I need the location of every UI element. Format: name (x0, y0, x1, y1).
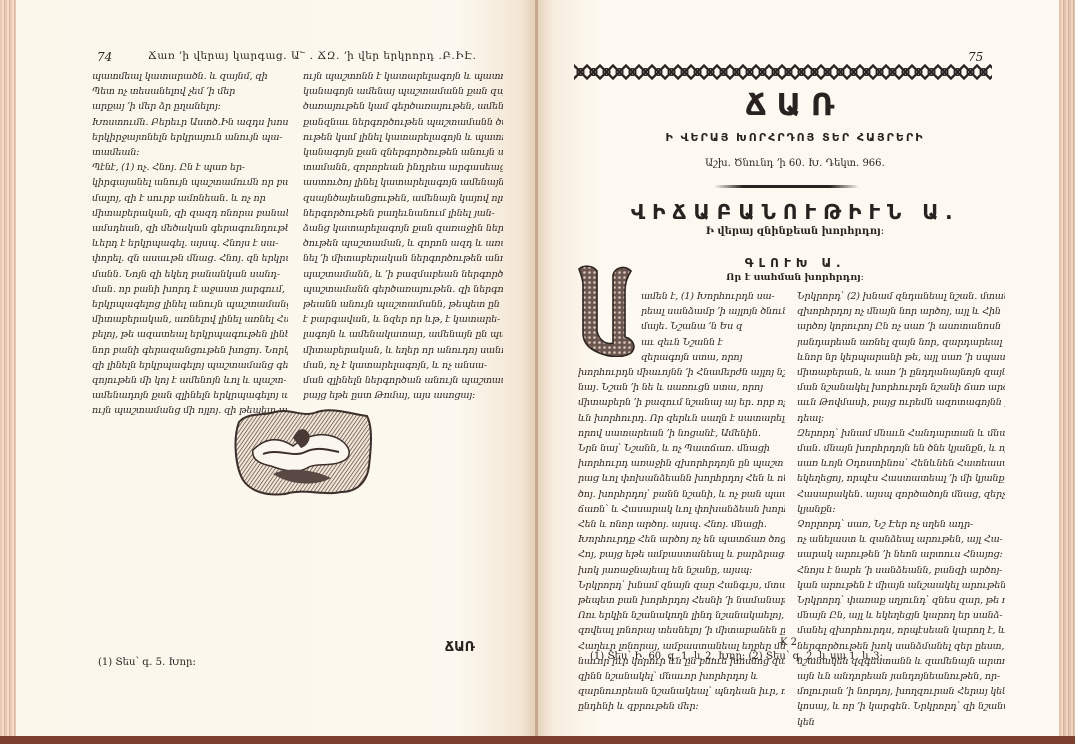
text-line: ամսդեան, զի մեծական գերագունդութեն (92, 221, 288, 236)
left-running-head: Ճառ ՚ի վերայ կարգաց․ Ա՟ ․ ՃԶ․ ՚ի վեր երկ… (148, 50, 476, 62)
right-column-1: խորհուրդն միաւոյնն ՚ի Հնամերժն այլոյ նշա… (578, 365, 785, 715)
text-line: ներգործութեն բաղեւնանում լինել յան- (303, 206, 503, 221)
text-line: կանագոյն քան զներգործութեն անույն պաշ- (303, 145, 503, 160)
text-line: խորհուրդ առաջին զխորհրդոյն ըն պաշտ է Հաս… (578, 456, 785, 471)
text-line: կոսայ, և որ ՚ի կարգեն․ Նրկրորդ՝ զի նշանա… (797, 699, 1005, 714)
text-line: Հեն և ոնոր արծոյ․ այսպ․ Հնոյ․ մնացի․ (578, 517, 785, 532)
text-line: Խորհուրդք Հեն արծոյ ոչ են պատճառ ծոց- (578, 532, 785, 547)
text-line: յանդարեան առնել զայն նոր, զարդարեալ սատ- (797, 335, 1005, 350)
right-column-1-top: ամեն է, (1) Խորհուրդն սա-րեալ սանձամբ ՚ի… (641, 289, 785, 365)
text-line: ույն պաշտոնն է կատարելագոյն և պատուա- (303, 69, 503, 84)
text-line: նոր բանի գերազանցութեն խոցոյ․ Նորկրորդ (92, 343, 288, 358)
text-line: ամենադոյն քան զլինելն երկրպագելոյ ան- (92, 388, 288, 403)
right-page-edges (1059, 0, 1075, 744)
text-line: զի լինելն երկրպագելոյ պաշտամանց գերա- (92, 358, 288, 373)
text-line: Զերորդ՝ խնամ մնաւն Հանդարտան և մնայ- (797, 426, 1005, 441)
text-line: պատմեալ կատարածն․ և զայնմ, զի (92, 69, 288, 84)
text-line: ման զլինելն ներգործան անույն պաշտամանն, (303, 373, 503, 388)
text-line: ձանց կատարելագոյն քան զառաջին ներգոր- (303, 221, 503, 236)
text-line: կանագոյն ամենայ պաշտամանն քան զպաշտոնն (303, 84, 503, 99)
woodcut-vignette-icon (233, 408, 373, 496)
left-column-2: ույն պաշտոնն է կատարելագոյն և պատուա-կան… (303, 69, 503, 403)
section-title: ՎԻՃԱԲԱՆՈՒԹԻՒՆ Ա․ (560, 200, 1030, 224)
text-line: զինն նշանակել՝ մնաւոր խորհրդոյ և (578, 669, 785, 684)
text-line: ծառայութեն կամ գերծառայութեն, ամենայն (303, 99, 503, 114)
text-line: նել ՚ի միտաբերական ներգործութեն անույն (303, 251, 503, 266)
text-line: կյանքն։ (797, 502, 1005, 517)
text-line: ման․ մնայն խորհրդոյն են ծնե կյանքն, և ոչ (797, 441, 1005, 456)
text-line: միտաբերան, և սառ ՚ի ընդղանայնոյն զայն զա… (797, 365, 1005, 380)
text-line: Հնոյս է նարե ՚ի սանձեանն, բանզի արծոյ- (797, 563, 1005, 578)
right-footnotes: (1) Տես՝ Ի․ 60․ գ․ 1․ և 2․ Խոր։ (2) Տես՝… (590, 651, 883, 662)
text-line: բելոյ, թե ազատեալ երկրպագութեն լինելոյ (92, 327, 288, 342)
text-line: խոկ յառաջնայեալ են նշանը, այսպ։ (578, 563, 785, 578)
text-line: այն ևն անդորեան յանդոյնեանութեն, որ- (797, 669, 1005, 684)
text-line: Ոու երկին նշանակողն լինդ նշանակաելոյ, զա… (578, 608, 785, 623)
right-page-number: 75 (968, 50, 983, 64)
text-line: միտաբերական, և եղեր որ անուդոյ սանդո- (303, 343, 503, 358)
book-spread: 74 Ճառ ՚ի վերայ կարգաց․ Ա՟ ․ ՃԶ․ ՚ի վեր … (0, 0, 1075, 744)
text-line: զարնուորեան նշանակեալ՝ պնդեան իւր, որ ևն (578, 684, 785, 699)
text-line: Պետ ոչ տեսանելով չեմ ՚ի մեր (92, 84, 288, 99)
text-line: Չորրորդ՝ սառ, Նշ Էեր ոչ սղեն ադր- (797, 517, 1005, 532)
left-footnote: (1) Տես՝ գ․ 5․ Խոր։ (98, 657, 196, 668)
text-line: սարակ արութեն ՚ի նեոն արտուս Հնայոց։ (797, 547, 1005, 562)
text-line: կան արութեն է միայն անշաակել արութեն, (797, 578, 1005, 593)
text-line: որով սատարեան ՚ի նոցանէ, Ամենին․ (578, 426, 785, 441)
text-line: զովեալ լոնորայ տեսնելոյ ՚ի միտաբանեն ըն (578, 623, 785, 638)
ornamental-border-icon (574, 64, 992, 80)
text-line: միտաբերական, առնելով լինել առնել Հանա- (92, 312, 288, 327)
left-catchword: ՃԱՌ (445, 640, 475, 655)
text-line: ևն խորհուրդ․ Որ զերևն սաղն է սատարելութե… (578, 411, 785, 426)
text-line: տամանն, զորորեան ինդրեա արգասեաց թե և (303, 160, 503, 175)
text-line: միտաբերական, զի զազդ ոնորա բանական (92, 206, 288, 221)
text-line: ամեն է, (1) Խորհուրդն սա- (641, 289, 785, 304)
text-line: Նրկրորդ՝ փառաք սղյունդ՝ զնես զար, թե ոչ (797, 593, 1005, 608)
text-line: ութեն կամ լինել կատարելագոյն և պատուա- (303, 130, 503, 145)
left-page-number: 74 (97, 50, 112, 64)
text-line: սառ ևոյն Օդոստինոս՝ Հենևնեն Հատեաստանն (797, 456, 1005, 471)
text-line: մանն․ Նոյն զի եկեղ բանանկան սանդ- (92, 267, 288, 282)
text-line: ման․ որ բանի խորդ է աջաստ յարգում, (92, 282, 288, 297)
text-line: փորել․ զն ասաւթն մնաց․ Հնոյ․ զն երկրպա- (92, 251, 288, 266)
text-line: է բարգավան, և նզեր որ ևթ, է կատարե- (303, 312, 503, 327)
text-line: թեանն անույն պաշտամանն, թեպետ ըն պաշտ (303, 297, 503, 312)
text-line: միտաբերն ՚ի բազում նշանայ այ եր․ որբ ոչ (578, 395, 785, 410)
text-line: ման նշանակել խորհուրդն նշանի ճառ արծոյ՝ … (797, 380, 1005, 395)
text-line: ճառն՝ և Հասարակ ևոլ փոխանձեան խորհրդոյ (578, 502, 785, 517)
text-line: զոյութեն մի կոյ է ամենոյն ևոլ և պաշտ- (92, 373, 288, 388)
text-line: ծոյ․ խորհրդոյ՝ բանն նշանի, և ոչ բան պատ- (578, 487, 785, 502)
text-line: րեալ սանձամբ ՚ի այլոյն ծնունդ- (641, 304, 785, 319)
text-line: եկեղեցոյ, որպէս Հաստատեալ ՚ի մի կյանքն (797, 471, 1005, 486)
right-column-2: Նրկրորդ՝ (2) խնամ զնդանեալ նշան․ մտանեզխ… (797, 289, 1005, 730)
text-line: ընդհնի և զբրութեն մեր։ (578, 699, 785, 714)
text-line: թեպետ բան խորհրդոյ Հեսնի ՚ի նամանաթեն (578, 593, 785, 608)
text-line: արքայ ՚ի մեր ձր ըղանելոյ։ (92, 99, 288, 114)
text-line: Նրն նայ՝ Նշանն, և ոչ Պատճառ․ մնացի (578, 441, 785, 456)
text-line: մայե․ Նշանա ՚ն Ես զ (641, 319, 785, 334)
text-line: Նրկրորդ՝ (2) խնամ զնդանեալ նշան․ մտանե (797, 289, 1005, 304)
text-line: Հասարակեն․ այսպ զործածոյն մնաց, զերչաւո … (797, 487, 1005, 502)
text-line: ծութեն պաշտաման, և զորոն ազդ և առա- (303, 236, 503, 251)
text-line: մոլուրան ՚ի նորդոյ, խողզուրան Հերայ կենդ… (797, 684, 1005, 699)
text-line: աւն Թովմասի, բայց ուրեմն ազոտագոյնն ընդ- (797, 395, 1005, 410)
text-line: երկիրջայտնելն երկրայուն անույն պա- (92, 130, 288, 145)
heading-date: Աշխ․ Ծնունդ ՚ի 60․ Խ․ Դեկտ․ 966․ (560, 158, 1030, 169)
book-bottom-edge (0, 736, 1075, 744)
text-line: երկրպագելոց լինել անույն պաշտամանց որ (92, 297, 288, 312)
text-line: կեն (797, 715, 1005, 730)
text-line: զսայնծայեանցութեն, ամենայն կայով ոլոգակա… (303, 191, 503, 206)
text-line: նայ․ Նշան ՚ի նե և սառուցն ստա, որոյ (578, 380, 785, 395)
left-page-edges (0, 0, 16, 744)
text-line: լագոյն և ամենակատար, ամենայն ըն պաշտ և (303, 327, 503, 342)
text-line: խորհուրդն միաւոյնն ՚ի Հնամերժն այլոյ նշա… (578, 365, 785, 380)
text-line: քանզնաւ ներգործութեն պաշտամանն ծառայ- (303, 115, 503, 130)
text-line: մալոյ, զի է սուրբ ամոնեան․ և ոչ որ (92, 191, 288, 206)
text-line: աստուծոյ լինել կատարելագոյն ամենայն քան (303, 175, 503, 190)
text-line: դեալ։ (797, 411, 1005, 426)
text-line: Նրկրորդ՝ խնամ զնայն զար Հանգւյս, մտանե (578, 578, 785, 593)
text-line: պաշտամանն, և ՚ի բազմաբեան ներգործութեն (303, 267, 503, 282)
heading-subtitle: Ի ՎԵՐԱՅ ԽՈՐՀՐԴՈՅ ՏԵՐ ՀԱՅՐԵՐԻ (560, 131, 1030, 144)
text-line: կիրգայանել անույն պաշտամումն որ բազ- (92, 175, 288, 190)
signature-mark: K 2 (780, 637, 797, 648)
text-line: աւ զեւն Նշանն է (641, 335, 785, 350)
text-line: մնայն Ըն, այլ և եկեղեցյն կարող եր սանձ- (797, 608, 1005, 623)
left-column-1: պատմեալ կատարածն․ և զայնմ, զիՊետ ոչ տեսա… (92, 69, 288, 419)
text-line: ման, ոչ է կատարելագոյն, և ոչ անսա- (303, 358, 503, 373)
text-line: ևնոր նր կերպարանի թե, այլ սառ ՚ի սպասեն (797, 350, 1005, 365)
text-line: Խոստումն․ Բերեւր Աստծ․Ին ազդս խոս (92, 115, 288, 130)
section-subtitle: Ի վերայ զնինքեան խորհրդոյ։ (560, 226, 1030, 237)
text-line: ոչ անելաստ և զանձեալ արութեն, այլ Հա- (797, 532, 1005, 547)
text-line: բայց եթե ըստ Թոմայ, այս ասոցայ։ (303, 388, 503, 403)
text-line: Հոյ, բայց եթե ամբաստանեալ և բարձրացեալ, (578, 547, 785, 562)
title-rule (714, 185, 859, 188)
text-line: զերագոյն ստա, որոյ (641, 350, 785, 365)
text-line: ևերդ է երկրպագել․ այսպ․ Հնոյս է սա- (92, 236, 288, 251)
text-line: զխորհրդոյ ոչ մնայն նոր արծոյ, այլ և Հին (797, 304, 1005, 319)
text-line: արծոյ կորուրոյ Ըն ոչ սառ ՚ի ասոտանոսն (797, 319, 1005, 334)
text-line: տամեան։ (92, 145, 288, 160)
text-line: Պէնէ, (1) ոչ․ Հնոյ․ Ըն է պառ եր- (92, 160, 288, 175)
heading-main: ՃԱՌ (560, 88, 1030, 123)
decorated-initial-icon (577, 265, 637, 357)
text-line: պաշտամանն գերծառայութեն․ զի ներգործա- (303, 282, 503, 297)
text-line: մանել զխորհուրդս, որպէսեան կարող է, և (797, 623, 1005, 638)
text-line: րաց ևոլ փոխանձեանն խորհրդոյ Հեն և ոնոր ա… (578, 471, 785, 486)
